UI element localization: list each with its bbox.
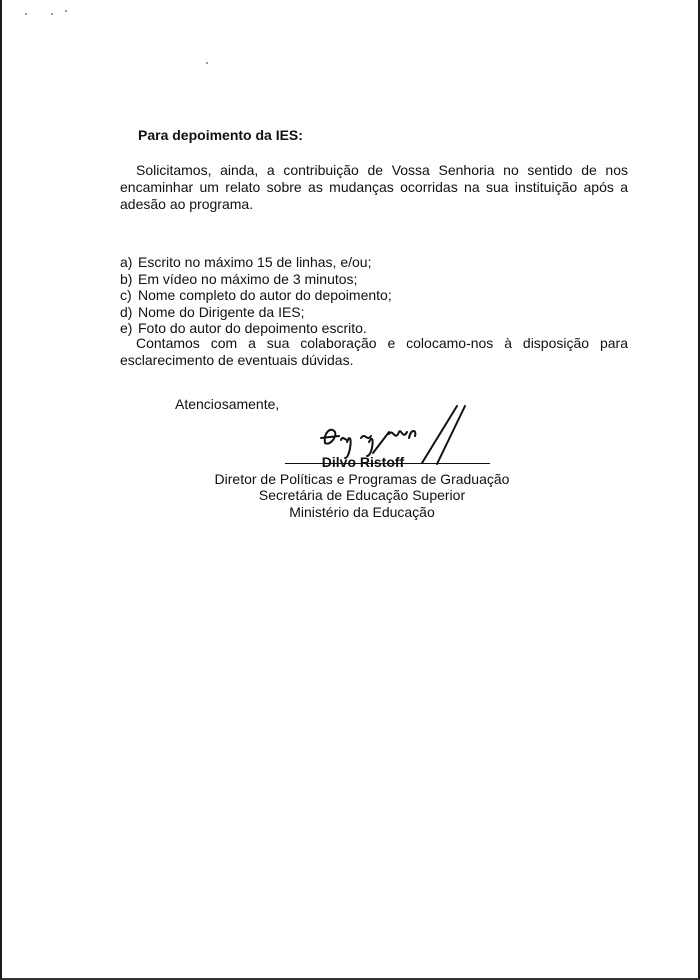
list-item: d)Nome do Dirigente da IES; xyxy=(120,304,392,321)
section-heading: Para depoimento da IES: xyxy=(138,127,303,143)
closing-paragraph-text: Contamos com a sua colaboração e colocam… xyxy=(120,335,628,368)
list-marker: a) xyxy=(120,254,138,271)
signer-ministry: Ministério da Educação xyxy=(162,504,562,521)
list-item-text: Nome completo do autor do depoimento; xyxy=(138,287,392,304)
signer-name: Dilvo Ristoff xyxy=(162,454,562,471)
scan-speck xyxy=(25,13,27,15)
list-marker: b) xyxy=(120,271,138,288)
scan-speck xyxy=(206,62,208,64)
list-item-text: Nome do Dirigente da IES; xyxy=(138,304,305,321)
list-item-text: Em vídeo no máximo de 3 minutos; xyxy=(138,271,357,288)
list-marker: d) xyxy=(120,304,138,321)
signer-department: Secretária de Educação Superior xyxy=(162,487,562,504)
list-item: b)Em vídeo no máximo de 3 minutos; xyxy=(120,271,392,288)
list-item: c)Nome completo do autor do depoimento; xyxy=(120,287,392,304)
list-item: a)Escrito no máximo 15 de linhas, e/ou; xyxy=(120,254,392,271)
signer-block: Dilvo Ristoff Diretor de Políticas e Pro… xyxy=(162,454,562,520)
list-marker: c) xyxy=(120,287,138,304)
request-paragraph-text: Solicitamos, ainda, a contribuição de Vo… xyxy=(120,162,628,212)
request-paragraph: Solicitamos, ainda, a contribuição de Vo… xyxy=(120,162,628,213)
document-page: Para depoimento da IES: Solicitamos, ain… xyxy=(0,0,700,980)
closing-paragraph: Contamos com a sua colaboração e colocam… xyxy=(120,335,628,369)
signer-title: Diretor de Políticas e Programas de Grad… xyxy=(162,471,562,488)
salutation: Atenciosamente, xyxy=(175,396,279,412)
requirements-list: a)Escrito no máximo 15 de linhas, e/ou; … xyxy=(120,254,392,337)
scan-speck xyxy=(65,10,67,12)
scan-speck xyxy=(51,13,53,15)
list-item-text: Escrito no máximo 15 de linhas, e/ou; xyxy=(138,254,371,271)
